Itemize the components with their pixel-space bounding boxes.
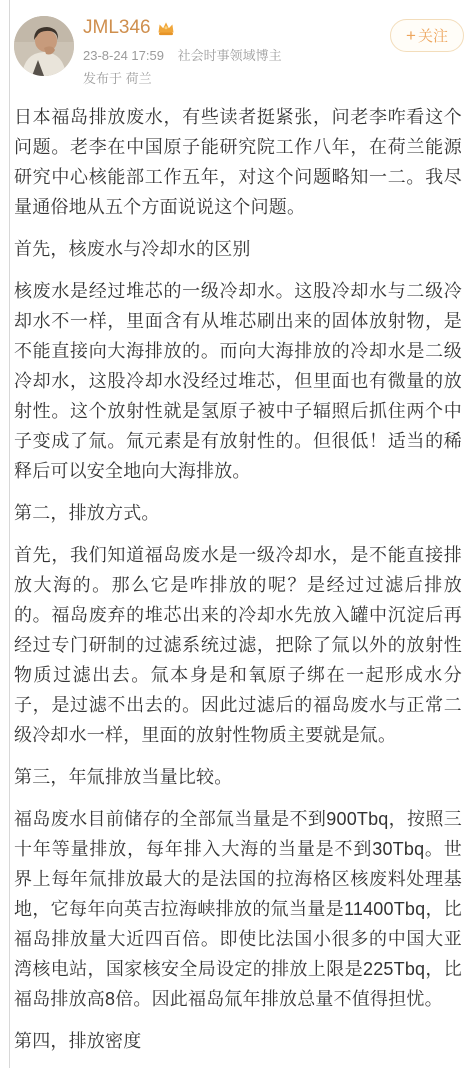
weibo-post-card: JML346 23-8-24 17:59 社会时事领域博主 发布于 荷兰 + <box>0 0 476 1068</box>
user-category-tag: 社会时事领域博主 <box>178 48 282 63</box>
avatar-image <box>14 16 74 76</box>
post-paragraph: 日本福岛排放废水，有些读者挺紧张，问老李咋看这个问题。老李在中国原子能研究院工作… <box>14 102 462 222</box>
post-meta: 23-8-24 17:59 社会时事领域博主 <box>83 47 390 65</box>
post-section-heading: 首先，核废水与冷却水的区别 <box>14 234 462 264</box>
post-section-heading: 第四，排放密度 <box>14 1026 462 1056</box>
post-paragraph: 福岛废水目前储存的全部氚当量是不到900Tbq，按照三十年等量排放，每年排入大海… <box>14 804 462 1014</box>
name-row: JML346 <box>83 16 390 40</box>
username[interactable]: JML346 <box>83 16 151 40</box>
post-paragraph: 首先，我们知道福岛废水是一级冷却水，是不能直接排放大海的。那么它是咋排放的呢？是… <box>14 540 462 750</box>
post-timestamp: 23-8-24 17:59 <box>83 48 164 63</box>
post-paragraph: 核废水是经过堆芯的一级冷却水。这股冷却水与二级冷却水不一样，里面含有从堆芯刷出来… <box>14 276 462 486</box>
user-avatar[interactable] <box>14 16 74 76</box>
follow-button-label: 关注 <box>418 25 448 46</box>
post-header: JML346 23-8-24 17:59 社会时事领域博主 发布于 荷兰 + <box>0 0 476 88</box>
post-section-heading: 第二，排放方式。 <box>14 498 462 528</box>
user-info: JML346 23-8-24 17:59 社会时事领域博主 发布于 荷兰 <box>83 16 390 88</box>
post-location: 发布于 荷兰 <box>83 70 390 88</box>
follow-button[interactable]: + 关注 <box>390 19 464 52</box>
post-body: 日本福岛排放废水，有些读者挺紧张，问老李咋看这个问题。老李在中国原子能研究院工作… <box>0 88 476 1056</box>
vip-crown-icon <box>157 21 175 36</box>
plus-icon: + <box>406 27 416 44</box>
post-section-heading: 第三，年氚排放当量比较。 <box>14 762 462 792</box>
